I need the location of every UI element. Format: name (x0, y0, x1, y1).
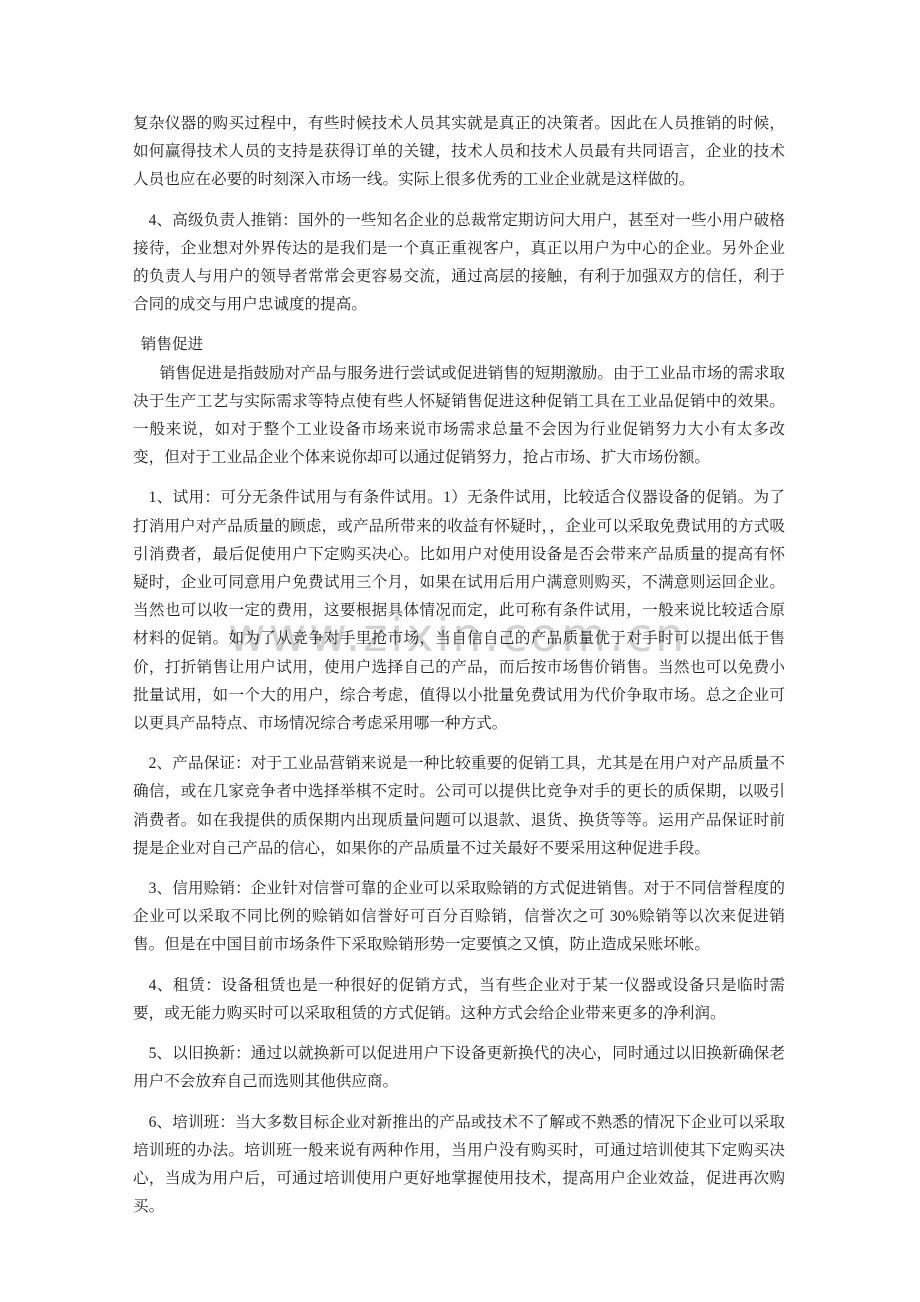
list-item-training-class: 6、培训班：当大多数目标企业对新推出的产品或技术不了解或不熟悉的情况下企业可以采… (133, 1109, 785, 1222)
paragraph-technical-personnel: 复杂仪器的购买过程中，有些时候技术人员其实就是真正的决策者。因此在人员推销的时候… (133, 110, 785, 195)
document-page: www.zixin.com.cn 复杂仪器的购买过程中，有些时候技术人员其实就是… (0, 0, 920, 1302)
list-item-trade-in: 5、以旧换新：通过以就换新可以促进用户下设备更新换代的决心，同时通过以旧换新确保… (133, 1040, 785, 1096)
list-item-credit-sales: 3、信用赊销：企业针对信誉可靠的企业可以采取赊销的方式促进销售。对于不同信誉程度… (133, 875, 785, 960)
document-content: 复杂仪器的购买过程中，有些时候技术人员其实就是真正的决策者。因此在人员推销的时候… (133, 110, 785, 1221)
list-item-trial-use: 1、试用：可分无条件试用与有条件试用。1）无条件试用，比较适合仪器设备的促销。为… (133, 484, 785, 738)
paragraph-senior-executive-selling: 4、高级负责人推销：国外的一些知名企业的总裁常定期访问大用户，甚至对一些小用户破… (133, 207, 785, 320)
list-item-leasing: 4、租赁：设备租赁也是一种很好的促销方式，当有些企业对于某一仪器或设备只是临时需… (133, 972, 785, 1028)
section-heading-sales-promotion: 销售促进 (133, 331, 785, 359)
list-item-product-guarantee: 2、产品保证：对于工业品营销来说是一种比较重要的促销工具，尤其是在用户对产品质量… (133, 750, 785, 863)
paragraph-sales-promotion-intro: 销售促进是指鼓励对产品与服务进行尝试或促进销售的短期激励。由于工业品市场的需求取… (133, 360, 785, 473)
